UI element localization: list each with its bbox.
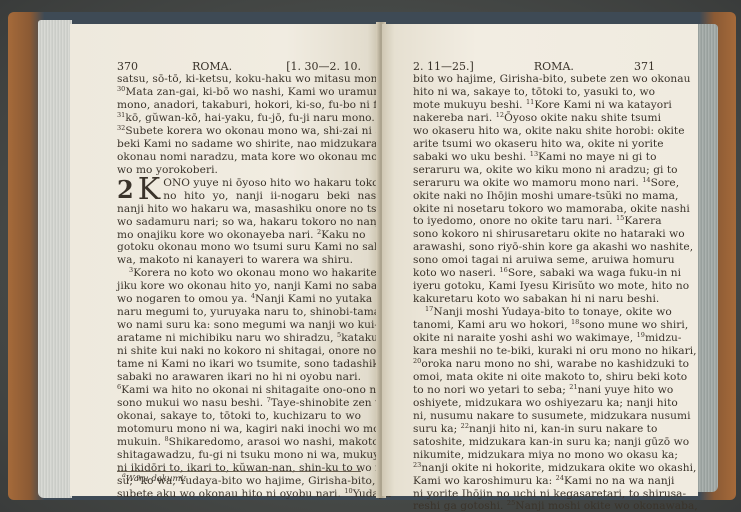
chapter-start: 2 K ONO yuye ni ōyoso hito wo hakaru tok… bbox=[117, 177, 361, 203]
right-verse-range: 2. 11—25.] bbox=[413, 60, 474, 73]
text-line: satsu, sō-tō, ki-ketsu, koku-haku wo mit… bbox=[117, 73, 361, 86]
text-line: sabaki wo uku beshi. 13Kami no maye ni g… bbox=[413, 151, 655, 164]
verse-number: 24 bbox=[556, 474, 564, 482]
text-line: ni shite kui naki no kokoro ni shitagai,… bbox=[117, 345, 361, 358]
text-line: 6Kami wa hito no okonai ni shitagaite on… bbox=[117, 384, 361, 397]
right-body-text: bito wo hajime, Girisha-bito, subete zen… bbox=[413, 73, 655, 512]
text-line: shitagawadzu, fu-gi ni tsuku mono ni wa,… bbox=[117, 449, 361, 462]
chapter-number: 2 bbox=[117, 178, 134, 202]
verse-number: 12 bbox=[496, 111, 504, 119]
drop-cap: K bbox=[138, 177, 160, 203]
text-line: sono mukui wo nasu beshi. 7Taye-shinobit… bbox=[117, 397, 361, 410]
verse-number: 21 bbox=[569, 383, 577, 391]
text-line: tame ni Kami no ikari wo tsumite, sono t… bbox=[117, 358, 361, 371]
text-line: nakereba nari. 12Ōyoso okite naku shite … bbox=[413, 112, 655, 125]
text-line: ni, nusumu nakare to susumete, midzukara… bbox=[413, 410, 655, 423]
text-line: ni ikidōri to, ikari to, kŭwan-nan, shin… bbox=[117, 462, 361, 475]
text-line: okonai, sakaye to, tōtoki to, kuchizaru … bbox=[117, 410, 361, 423]
text-line: okonau nomi naradzu, mata kore wo okonau… bbox=[117, 151, 361, 164]
left-running-title: ROMA. bbox=[192, 60, 232, 73]
text-line: seraruru wa, okite wo kiku mono ni aradz… bbox=[413, 164, 655, 177]
text-line: kakuretaru koto wo sabakan hi ni naru be… bbox=[413, 293, 655, 306]
text-line: tanomi, Kami aru wo hokori, 18sono mune … bbox=[413, 319, 655, 332]
text-line: no hito yo, nanji ii-nogaru beki nashi: bbox=[163, 190, 390, 203]
verse-number: 19 bbox=[637, 331, 645, 339]
page-edges-right bbox=[696, 24, 718, 492]
text-line: okite ni naraite yoshi ashi wo wakimaye,… bbox=[413, 332, 655, 345]
text-line: kara meshii no te-biki, kuraki ni oru mo… bbox=[413, 345, 655, 358]
footnote-rule bbox=[117, 471, 361, 472]
text-line: 20oroka naru mono no shi, warabe no kash… bbox=[413, 358, 655, 371]
text-line: satoshite, midzukara kan-in suru ka; nan… bbox=[413, 436, 655, 449]
text-line: 31kō, gŭwan-kō, hai-yaku, fu-jō, fu-ji n… bbox=[117, 112, 361, 125]
text-line: mono, anadori, takaburi, hokori, ki-so, … bbox=[117, 99, 361, 112]
text-line: wa, makoto ni kanayeri to warera wa shir… bbox=[117, 254, 361, 267]
text-line: arawashi, sono riyō-shin kore ga akashi … bbox=[413, 241, 655, 254]
verse-number: 25 bbox=[507, 499, 515, 507]
left-running-head: 370 ROMA. [1. 30—2. 10. bbox=[117, 60, 361, 73]
text-line: to no nori wo yetari to seba; 21nani yuy… bbox=[413, 384, 655, 397]
text-line: beki Kami no sadame wo shirite, nao midz… bbox=[117, 138, 361, 151]
left-verse-range: [1. 30—2. 10. bbox=[286, 60, 361, 73]
text-line: mo onajiku kore wo okonayeba nari. 2Kaku… bbox=[117, 229, 361, 242]
text-line: subete aku wo okonau hito ni oyobu nari.… bbox=[117, 488, 361, 501]
text-line: wo nami suru ka: sono megumi wa nanji wo… bbox=[117, 319, 361, 332]
text-line: to iyedomo, onore no okite taru nari. 15… bbox=[413, 215, 655, 228]
text-line: motomuru mono ni wa, kagiri naki inochi … bbox=[117, 423, 361, 436]
text-line: aratame ni michibiku naru wo shiradzu, 5… bbox=[117, 332, 361, 345]
text-line: ONO yuye ni ōyoso hito wo hakaru tokoro bbox=[163, 177, 390, 190]
right-page: 2. 11—25.] ROMA. 371 bito wo hajime, Gir… bbox=[382, 24, 698, 496]
text-line: Kami wo karoshimuru ka: 24Kami no na wa … bbox=[413, 475, 655, 488]
text-line: seraruru wa okite wo mamoru mono nari. 1… bbox=[413, 177, 655, 190]
verse-number: 13 bbox=[530, 150, 538, 158]
text-line: nanji hito wo hakaru wa, masashiku onore… bbox=[117, 203, 361, 216]
verse-number: 22 bbox=[461, 422, 469, 430]
verse-number: 14 bbox=[642, 176, 650, 184]
text-line: bito wo hajime, Girisha-bito, subete zen… bbox=[413, 73, 655, 86]
text-line: koto wo naseri. 16Sore, sabaki wa waga f… bbox=[413, 267, 655, 280]
left-page: 370 ROMA. [1. 30—2. 10. satsu, sō-tō, ki… bbox=[70, 24, 380, 496]
footnote: aWaru-dakumi. bbox=[122, 474, 186, 484]
text-line: nikumite, midzukara miya no mono wo okas… bbox=[413, 449, 655, 462]
text-line: 3Korera no koto wo okonau mono wo hakari… bbox=[117, 267, 361, 280]
text-line: mote mukuyu beshi. 11Kore Kami ni wa kat… bbox=[413, 99, 655, 112]
text-line: 30Mata zan-gai, ki-bō wo nashi, Kami wo … bbox=[117, 86, 361, 99]
text-line: oshiyete, midzukara wo oshiyezaru ka; na… bbox=[413, 397, 655, 410]
left-page-number: 370 bbox=[117, 60, 138, 73]
right-page-number: 371 bbox=[634, 60, 655, 73]
text-line: wo sadamuru nari; so wa, hakaru tokoro n… bbox=[117, 216, 361, 229]
right-running-title: ROMA. bbox=[534, 60, 574, 73]
text-line: sono omoi tagai ni aruiwa seme, aruiwa h… bbox=[413, 254, 655, 267]
text-line: 32Subete korera wo okonau mono wa, shi-z… bbox=[117, 125, 361, 138]
text-line: suru ka; 22nanji hito ni, kan-in suru na… bbox=[413, 423, 655, 436]
text-line: 17Nanji moshi Yudaya-bito to tonaye, oki… bbox=[413, 306, 655, 319]
text-line: sabaki no arawaren ikari no hi ni oyobu … bbox=[117, 371, 361, 384]
text-line: 23nanji okite ni hokorite, midzukara oki… bbox=[413, 462, 655, 475]
left-body-text: satsu, sō-tō, ki-ketsu, koku-haku wo mit… bbox=[117, 73, 361, 501]
text-line: naru megumi to, yuruyaka naru to, shinob… bbox=[117, 306, 361, 319]
text-line: mukuin. 8Shikaredomo, arasoi wo nashi, m… bbox=[117, 436, 361, 449]
text-line: iyeru gotoku, Kami Iyesu Kirisŭto wo mot… bbox=[413, 280, 655, 293]
text-line: omoi, mata okite ni oite makoto to, shir… bbox=[413, 371, 655, 384]
text-line: ni yorite Ihōjin no uchi ni kegasaretari… bbox=[413, 488, 655, 501]
text-line: gotoku okonau mono wo tsumi suru Kami no… bbox=[117, 241, 361, 254]
text-line: reshi ga gotoshi. 25Nanji moshi okite wo… bbox=[413, 500, 655, 512]
text-line: wo nogaren to omou ya. 4Nanji Kami no yu… bbox=[117, 293, 361, 306]
text-line: sono kokoro ni shirusaretaru okite no ha… bbox=[413, 228, 655, 241]
text-line: jiku kore wo okonau hito yo, nanji Kami … bbox=[117, 280, 361, 293]
verse-number: 16 bbox=[499, 266, 507, 274]
right-running-head: 2. 11—25.] ROMA. 371 bbox=[413, 60, 655, 73]
page-edges-left bbox=[38, 20, 72, 498]
text-line: okite naki no Ihōjin moshi umare-tsŭki n… bbox=[413, 190, 655, 203]
text-line: wo okaseru hito wa, okite naku shite hor… bbox=[413, 125, 655, 138]
